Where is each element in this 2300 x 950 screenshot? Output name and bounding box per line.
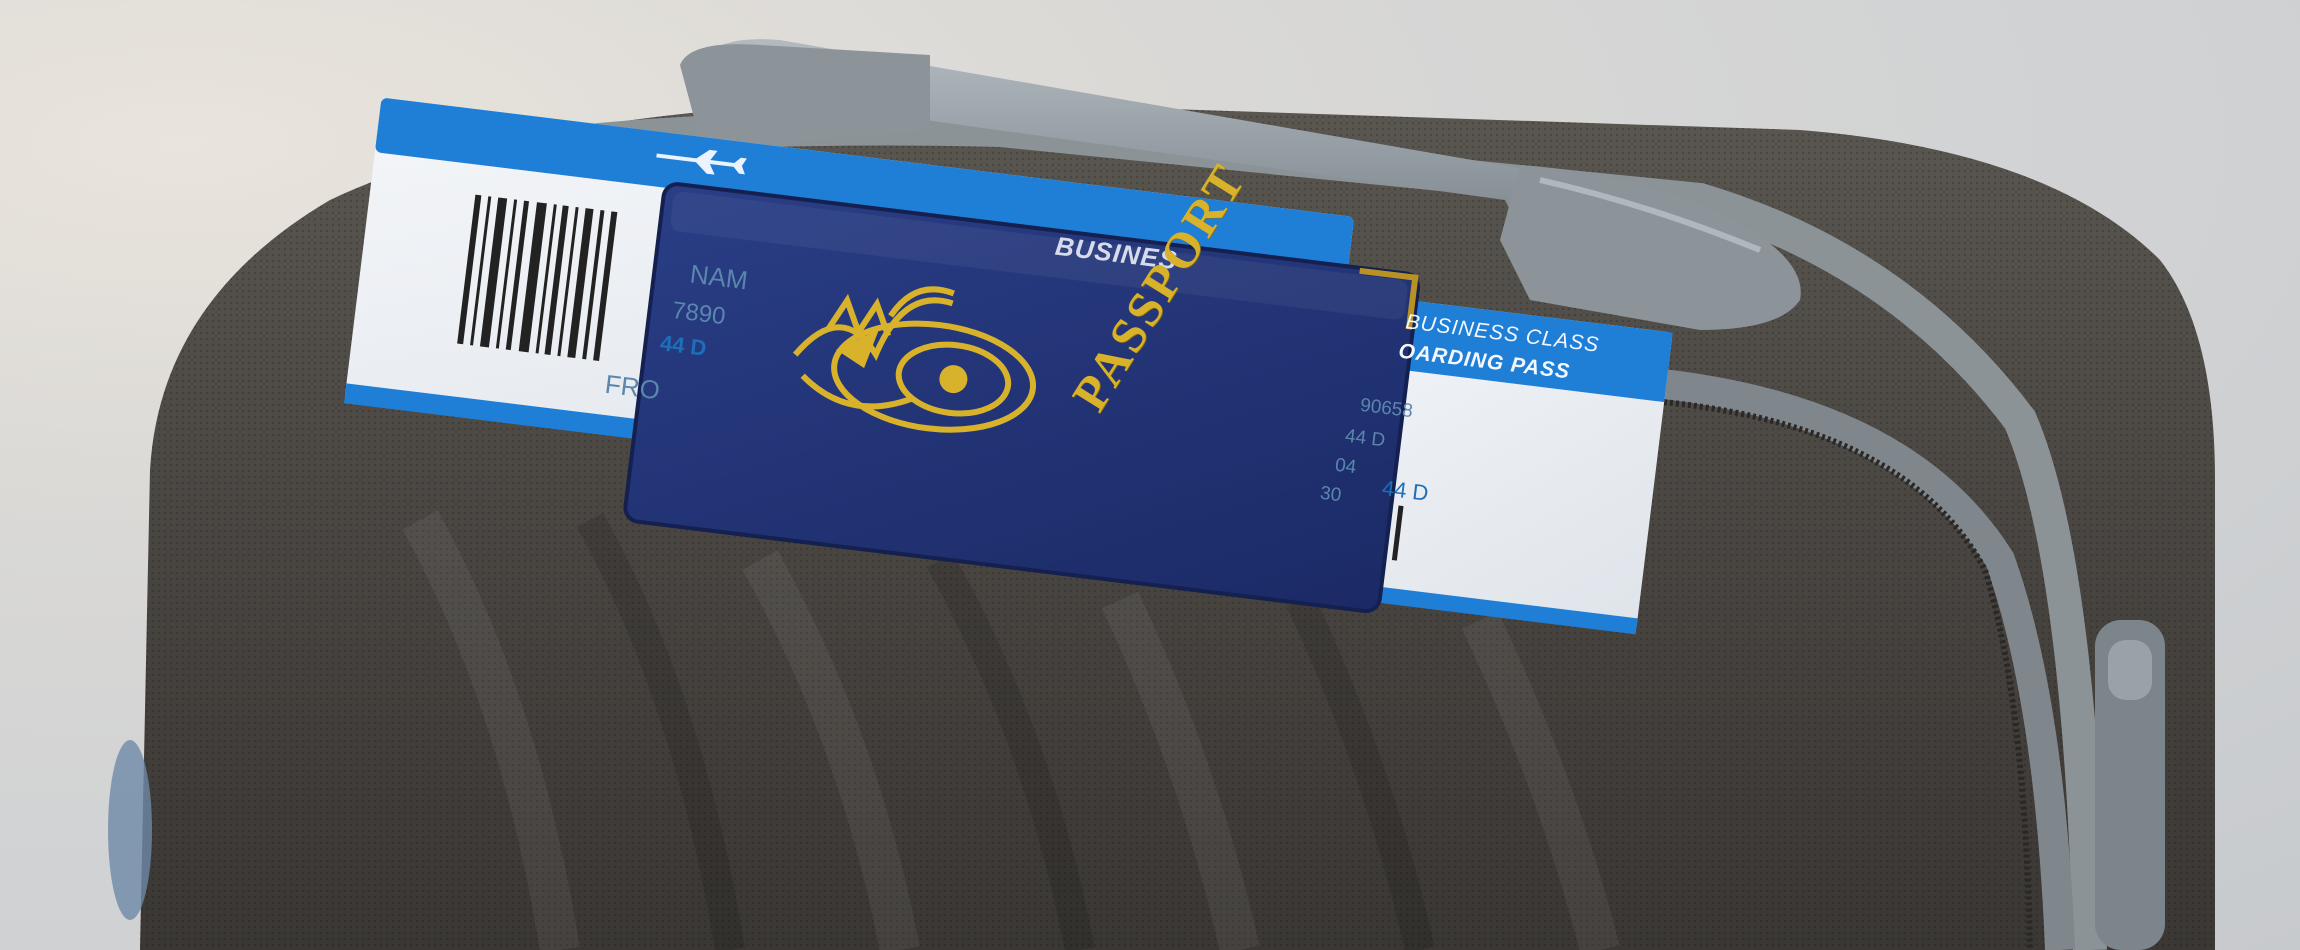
boarding-pass-right-seat-b: 44 D: [1381, 475, 1430, 506]
scene-illustration: [0, 0, 2300, 950]
photo-scene: BUSINES NAM 7890 44 D FRO BUSINESS CLASS…: [0, 0, 2300, 950]
boarding-pass-left-seat: 44 D: [659, 330, 708, 361]
boarding-pass-right-time: 30: [1319, 483, 1343, 507]
boarding-pass-left-from-label: FRO: [603, 369, 661, 406]
boarding-pass-right-seat-a: 44 D: [1344, 426, 1387, 453]
boarding-pass-right-code: 04: [1334, 455, 1358, 479]
